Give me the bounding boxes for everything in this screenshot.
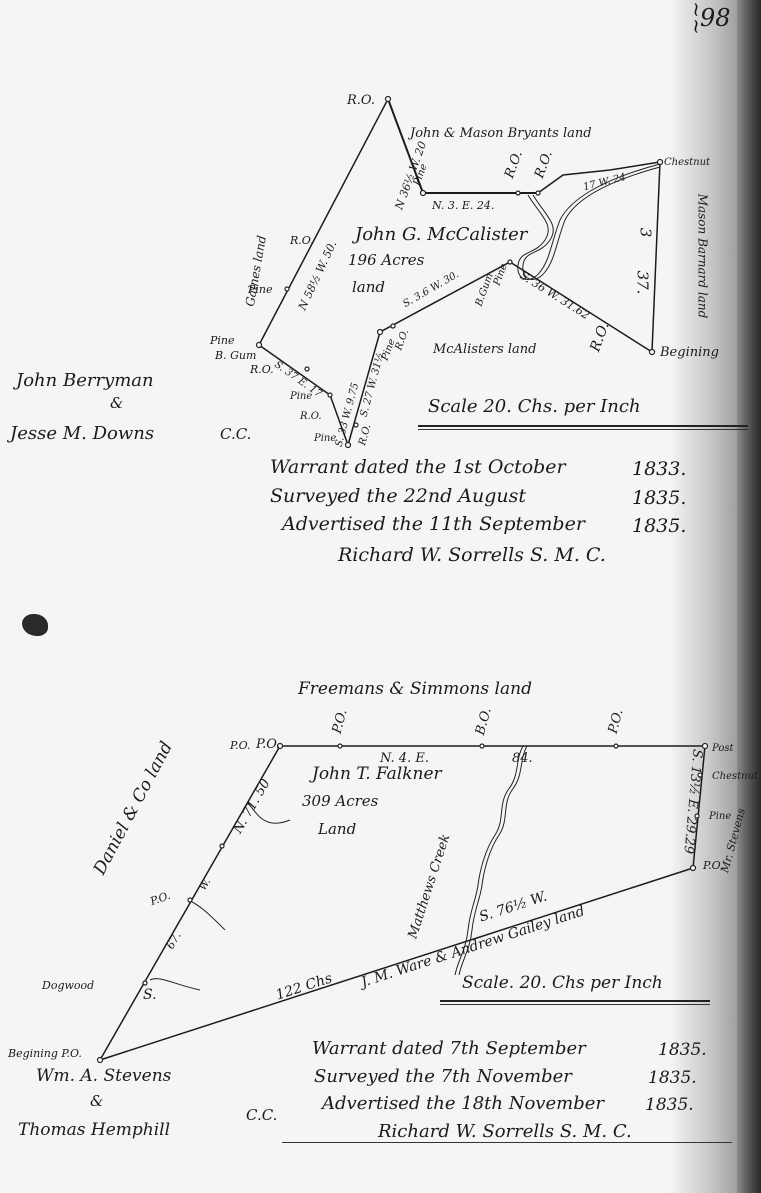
scale-note: Scale 20. Chs. per Inch bbox=[428, 398, 641, 416]
record-surveyed: Surveyed the 7th November bbox=[314, 1068, 572, 1086]
record-surveyed-year: 1835. bbox=[648, 1068, 697, 1088]
scale-note: Scale. 20. Chs per Inch bbox=[462, 975, 663, 992]
chain-carrier-and: & bbox=[90, 1094, 103, 1109]
surveyor-signature: Richard W. Sorrells S. M. C. bbox=[338, 546, 606, 565]
record-advertised: Advertised the 18th November bbox=[322, 1095, 604, 1113]
corner-label: Post bbox=[712, 744, 734, 754]
corner-label: P.O. bbox=[230, 740, 251, 751]
chain-carrier-1: Wm. A. Stevens bbox=[36, 1068, 171, 1085]
record-advertised-year: 1835. bbox=[632, 515, 686, 537]
adjoining-east-label: Mason Barnard land bbox=[696, 194, 708, 319]
acreage: 309 Acres bbox=[302, 794, 378, 809]
corner-label: Chestnut bbox=[712, 772, 758, 782]
chain-carrier-cc: C.C. bbox=[246, 1108, 277, 1123]
chain-carrier-2: Thomas Hemphill bbox=[18, 1122, 170, 1139]
divider bbox=[440, 1000, 710, 1002]
adjoining-north-label: Freemans & Simmons land bbox=[298, 681, 532, 698]
corner-label: P.O. bbox=[703, 860, 724, 871]
record-warrant: Warrant dated the 1st October bbox=[270, 458, 566, 477]
plat2-boundary bbox=[100, 746, 705, 1060]
owner-name: John G. McCalister bbox=[355, 226, 527, 244]
call-label: 84. bbox=[512, 752, 533, 765]
adjoining-south-label: McAlisters land bbox=[433, 343, 537, 356]
record-warrant-year: 1835. bbox=[658, 1040, 707, 1060]
call-label: S. bbox=[143, 988, 157, 1002]
adjoining-north-label: John & Mason Bryants land bbox=[410, 127, 592, 140]
corner-label: R.O. bbox=[347, 94, 375, 107]
corner-label: P.O. bbox=[256, 738, 280, 751]
acreage: 196 Acres bbox=[348, 253, 424, 268]
corner-label: Dogwood bbox=[42, 980, 94, 991]
divider bbox=[418, 425, 748, 427]
beginning-corner-label: Begining P.O. bbox=[8, 1048, 82, 1059]
record-warrant-year: 1833. bbox=[632, 458, 686, 480]
corner-label: Pine bbox=[248, 284, 273, 295]
divider bbox=[418, 429, 748, 430]
signature-strike-line bbox=[282, 1142, 732, 1143]
record-advertised-year: 1835. bbox=[645, 1095, 694, 1115]
corner-label: B. Gum bbox=[215, 350, 256, 361]
record-advertised: Advertised the 11th September bbox=[282, 515, 585, 534]
ink-blot bbox=[22, 614, 48, 636]
corner-label: Pine bbox=[709, 812, 731, 822]
divider bbox=[440, 1004, 710, 1005]
record-surveyed: Surveyed the 22nd August bbox=[270, 487, 526, 506]
call-label: 37. bbox=[634, 271, 649, 295]
corner-label: R.O. bbox=[290, 235, 314, 246]
corner-label: Pine bbox=[210, 335, 235, 346]
land-label: land bbox=[352, 280, 385, 295]
ledger-page: ~~ 98 bbox=[0, 0, 761, 1193]
corner-label: Chestnut bbox=[664, 158, 710, 168]
call-label: N. 3. E. 24. bbox=[432, 200, 494, 211]
land-label: Land bbox=[318, 822, 356, 837]
corner-label: Begining bbox=[660, 346, 719, 359]
survey-plat-drawings bbox=[0, 0, 761, 1193]
chain-carrier-1: John Berryman bbox=[16, 372, 154, 390]
chain-carrier-and: & bbox=[110, 396, 123, 411]
record-surveyed-year: 1835. bbox=[632, 487, 686, 509]
call-label: 3 bbox=[637, 228, 652, 238]
record-warrant: Warrant dated 7th September bbox=[312, 1040, 586, 1058]
chain-carrier-2: Jesse M. Downs bbox=[10, 425, 154, 443]
corner-label: Pine bbox=[290, 392, 312, 402]
corner-label: Pine bbox=[314, 434, 336, 444]
corner-label: R.O. bbox=[300, 412, 322, 422]
surveyor-signature: Richard W. Sorrells S. M. C. bbox=[378, 1123, 632, 1141]
corner-label: R.O. bbox=[250, 364, 274, 375]
chain-carrier-cc: C.C. bbox=[220, 427, 251, 442]
owner-name: John T. Falkner bbox=[312, 766, 442, 783]
